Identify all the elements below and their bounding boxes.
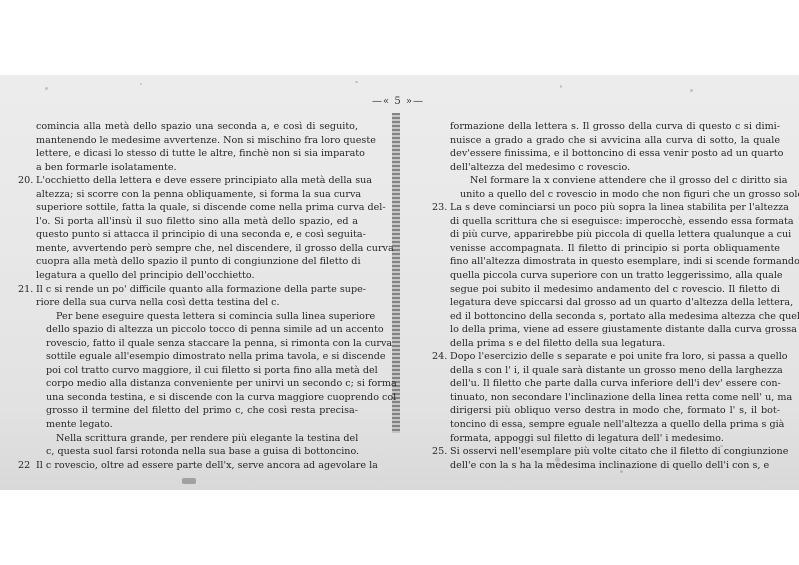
text-line: della prima s e del filetto della sua le… [450,337,780,351]
text-line: l'o. Si porta all'insù il suo filetto si… [36,215,358,229]
text-line: nuisce a grado a grado che si avvicina a… [450,134,780,148]
text-line: di più curve, apparirebbe più piccola di… [450,228,780,242]
text-line: a ben formarle isolatamente. [36,161,358,175]
text-line: ed il bottoncino della seconda s, portat… [450,310,780,324]
text-line: dirigersi più obliquo verso destra in mo… [450,404,780,418]
text-line: poi col tratto curvo maggiore, il cui fi… [36,364,358,378]
text-line: dell'altezza del medesimo c rovescio. [450,161,780,175]
text-line: fino all'altezza dimostrata in questo es… [450,255,780,269]
paragraph: Per bene eseguire questa lettera si comi… [18,310,358,432]
paragraph: formazione della lettera s. Il grosso de… [432,120,780,174]
text-line: rovescio, fatto il quale senza staccare … [36,337,358,351]
numbered-paragraph: 20.L'occhietto della lettera e deve esse… [18,174,358,282]
numbered-paragraph: 23.La s deve cominciarsi un poco più sop… [432,201,780,350]
text-line: mente legato. [36,418,358,432]
text-line: mantenendo le medesime avvertenze. Non s… [36,134,358,148]
left-page-text: comincia alla metà dello spazio una seco… [18,120,358,472]
page-number: —« 5 »— [368,96,428,107]
paper-speck [560,85,562,88]
text-line: di quella scrittura che si eseguisce: im… [450,215,780,229]
text-line: La s deve cominciarsi un poco più sopra … [450,201,780,215]
text-line: L'occhietto della lettera e deve essere … [36,174,358,188]
paper-speck [690,89,693,92]
paragraph: Nella scrittura grande, per rendere più … [18,432,358,459]
library-stamp-mark [182,478,196,484]
paragraph-number: 25. [432,445,447,459]
text-line: corpo medio alla distanza conveniente pe… [36,377,358,391]
numbered-paragraph: 24.Dopo l'esercizio delle s separate e p… [432,350,780,445]
right-page-text: formazione della lettera s. Il grosso de… [432,120,780,472]
text-line: altezza; si scorre con la penna obliquam… [36,188,358,202]
text-line: comincia alla metà dello spazio una seco… [36,120,358,134]
text-line: toncino di essa, sempre eguale nell'alte… [450,418,780,432]
paragraph-number: 22 [18,459,30,473]
paper-speck [355,81,358,83]
text-line: c, questa suol farsi rotonda nella sua b… [36,445,358,459]
text-line: legatura deve spiccarsi dal grosso ad un… [450,296,780,310]
text-line: venisse accompagnata. Il filetto di prin… [450,242,780,256]
paragraph-number: 20. [18,174,33,188]
text-line: Il c rovescio, oltre ad essere parte del… [36,459,358,473]
paper-speck [140,83,142,85]
text-line: formata, appoggi sul filetto di legatura… [450,432,780,446]
text-line: riore della sua curva nella così detta t… [36,296,358,310]
paragraph-number: 24. [432,350,447,364]
text-line: cuopra alla metà dello spazio il punto d… [36,255,358,269]
text-line: Il c si rende un po' difficile quanto al… [36,283,358,297]
text-line: Per bene eseguire questa lettera si comi… [36,310,358,324]
paragraph: Nel formare la x conviene attendere che … [432,174,780,201]
paragraph-number: 23. [432,201,447,215]
text-line: dell'e con la s ha la medesima inclinazi… [450,459,780,473]
text-line: lo della prima, viene ad essere giustame… [450,323,780,337]
text-line: tinuato, non secondare l'inclinazione de… [450,391,780,405]
scanned-book-spread: —« 5 »— comincia alla metà dello spazio … [0,75,799,490]
text-line: dev'essere finissima, e il bottoncino di… [450,147,780,161]
text-line: della s con l' i, il quale sarà distante… [450,364,780,378]
text-line: Nel formare la x conviene attendere che … [450,174,780,188]
text-line: unito a quello del c rovescio in modo ch… [450,188,780,202]
numbered-paragraph: 21.Il c si rende un po' difficile quanto… [18,283,358,310]
paragraph: comincia alla metà dello spazio una seco… [18,120,358,174]
text-line: dello spazio di altezza un piccolo tocco… [36,323,358,337]
text-line: quella piccola curva superiore con un tr… [450,269,780,283]
text-line: grosso il termine del filetto del primo … [36,404,358,418]
numbered-paragraph: 25.Si osservi nell'esemplare più volte c… [432,445,780,472]
numbered-paragraph: 22Il c rovescio, oltre ad essere parte d… [18,459,358,473]
text-line: formazione della lettera s. Il grosso de… [450,120,780,134]
text-line: Nella scrittura grande, per rendere più … [36,432,358,446]
text-line: Dopo l'esercizio delle s separate e poi … [450,350,780,364]
text-line: questo punto si attacca il principio di … [36,228,358,242]
text-line: Si osservi nell'esemplare più volte cita… [450,445,780,459]
text-line: segue poi subito il medesimo andamento d… [450,283,780,297]
text-line: superiore sottile, fatta la quale, si di… [36,201,358,215]
text-line: mente, avvertendo però sempre che, nel d… [36,242,358,256]
paragraph-number: 21. [18,283,33,297]
text-line: lettere, e dicasi lo stesso di tutte le … [36,147,358,161]
text-line: sottile eguale all'esempio dimostrato ne… [36,350,358,364]
text-line: dell'u. Il filetto che parte dalla curva… [450,377,780,391]
paper-speck [45,87,48,90]
text-line: legatura a quello del principio dell'occ… [36,269,358,283]
text-line: una seconda testina, e si discende con l… [36,391,358,405]
